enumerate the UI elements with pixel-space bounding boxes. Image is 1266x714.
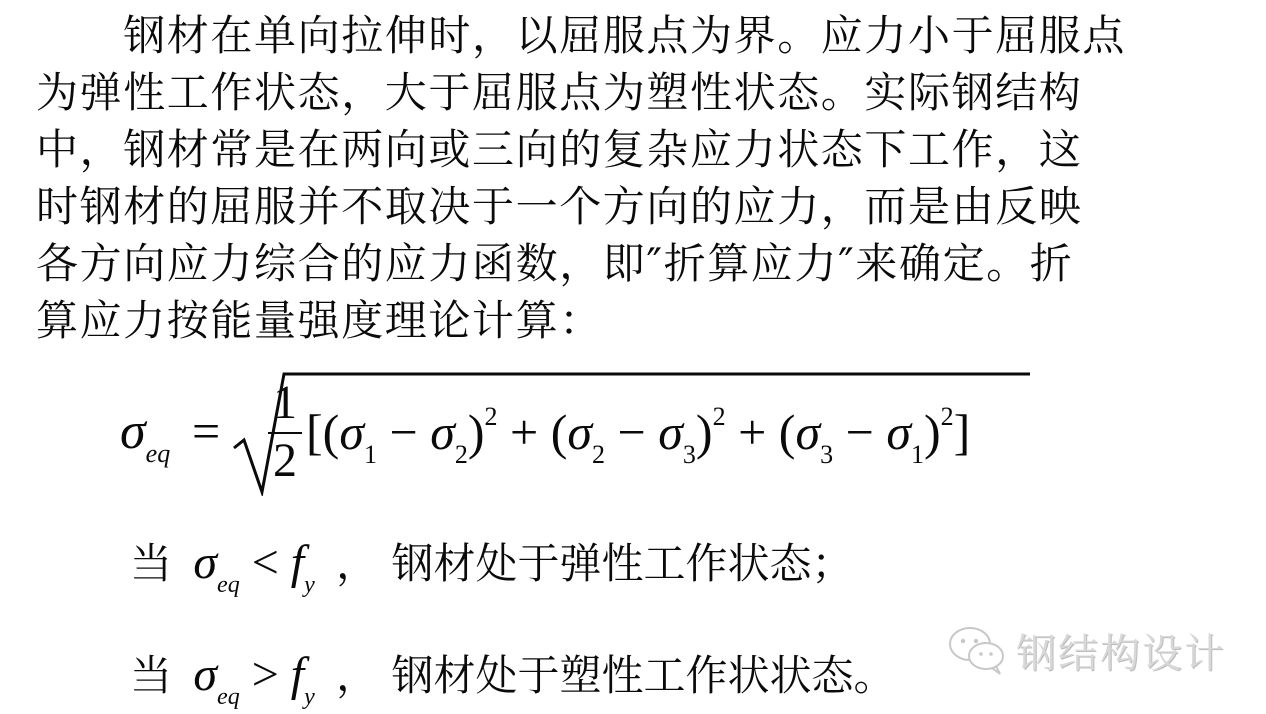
- paragraph-line: 算应力按能量强度理论计算：: [36, 291, 603, 351]
- condition-inequality: σeq < fy: [193, 536, 314, 589]
- watermark: 钢结构设计: [946, 620, 1226, 680]
- watermark-label: 钢结构设计: [1016, 622, 1226, 679]
- paragraph-line: 各方向应力综合的应力函数，即″折算应力″来确定。折: [36, 234, 1073, 294]
- condition-inequality: σeq > fy: [193, 648, 314, 701]
- fraction-one-half: 1 2: [268, 378, 302, 486]
- formula-body: [(σ1 − σ2)2 + (σ2 − σ3)2 + (σ3 − σ1)2]: [306, 402, 970, 470]
- paragraph-line: 为弹性工作状态，大于屈服点为塑性状态。实际钢结构: [36, 63, 1082, 123]
- equivalent-stress-formula: σeq = 1 2 [(σ1 − σ2)2 + (σ2 − σ3)2 + (σ3…: [120, 360, 1040, 500]
- condition-text: 钢材处于塑性工作状状态。: [392, 651, 896, 700]
- formula-lhs: σeq: [120, 402, 170, 469]
- condition-separator: ，: [336, 651, 378, 700]
- equals-sign: =: [192, 402, 220, 460]
- condition-text: 钢材处于弹性工作状态；: [392, 539, 854, 588]
- paragraph-line: 时钢材的屈服并不取决于一个方向的应力，而是由反映: [36, 177, 1082, 237]
- plastic-condition: 当 σeq > fy ， 钢材处于塑性工作状状态。: [130, 640, 896, 710]
- condition-prefix: 当: [130, 539, 172, 588]
- elastic-condition: 当 σeq < fy ， 钢材处于弹性工作状态；: [130, 528, 854, 598]
- condition-separator: ，: [336, 539, 378, 588]
- condition-prefix: 当: [130, 651, 172, 700]
- wechat-icon: [946, 624, 1008, 676]
- paragraph-line: 钢材在单向拉伸时，以屈服点为界。应力小于屈服点: [36, 6, 1126, 66]
- paragraph-line: 中，钢材常是在两向或三向的复杂应力状态下工作，这: [36, 120, 1082, 180]
